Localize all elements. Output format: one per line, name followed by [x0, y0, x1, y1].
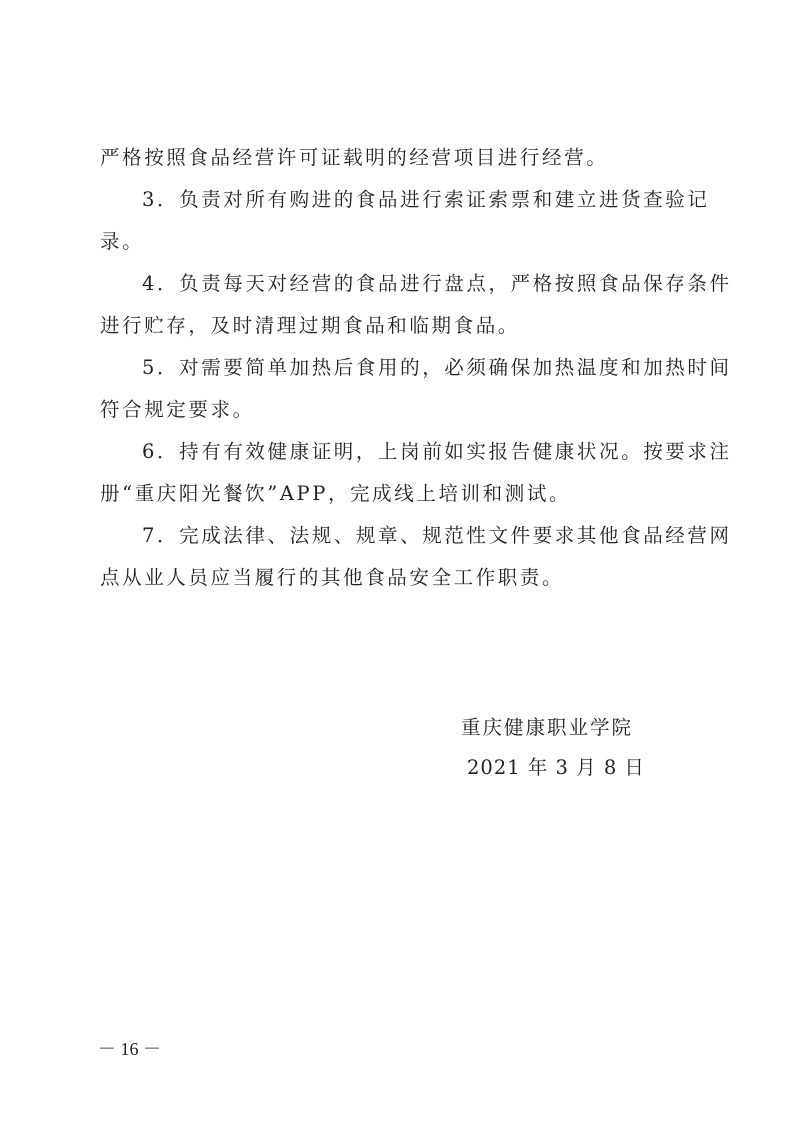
signature-organization: 重庆健康职业学院	[461, 712, 633, 740]
body-line: 严格按照食品经营许可证载明的经营项目进行经营。	[100, 146, 700, 170]
item-6-line: 6．持有有效健康证明，上岗前如实报告健康状况。按要求注	[142, 440, 700, 464]
page-number: － 16 －	[98, 1035, 161, 1061]
item-4-line: 4．负责每天对经营的食品进行盘点，严格按照食品保存条件	[142, 272, 700, 296]
body-line: 点从业人员应当履行的其他食品安全工作职责。	[100, 566, 700, 590]
signature-date: 2021 年 3 月 8 日	[467, 752, 645, 780]
item-5-line: 5．对需要简单加热后食用的，必须确保加热温度和加热时间	[142, 356, 700, 380]
item-3-line: 3．负责对所有购进的食品进行索证索票和建立进货查验记	[142, 188, 700, 212]
body-line: 符合规定要求。	[100, 398, 700, 422]
body-line: 录。	[100, 230, 700, 254]
body-line: 册“重庆阳光餐饮”APP，完成线上培训和测试。	[100, 482, 700, 506]
item-7-line: 7．完成法律、法规、规章、规范性文件要求其他食品经营网	[142, 524, 700, 548]
body-line: 进行贮存，及时清理过期食品和临期食品。	[100, 314, 700, 338]
